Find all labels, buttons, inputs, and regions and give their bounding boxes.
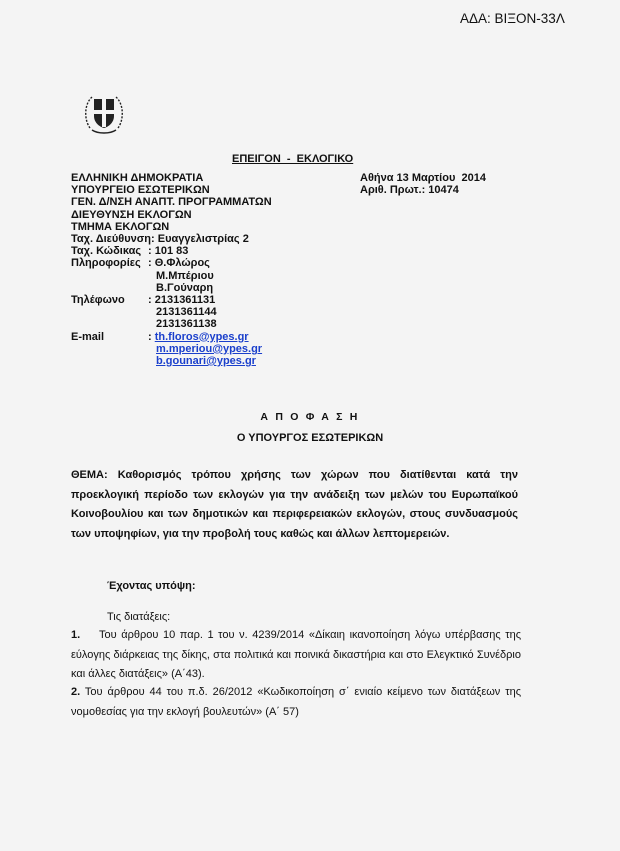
phone-value: : 2131361131 [148,294,215,306]
subject-paragraph: ΘΕΜΑ: Καθορισμός τρόπου χρήσης των χώρων… [71,466,518,544]
address-row: Ταχ. Διεύθυνση: Ευαγγελιστρίας 2 [71,233,272,245]
issuer-line: ΥΠΟΥΡΓΕΙΟ ΕΣΩΤΕΡΙΚΩΝ [71,184,272,196]
email-row-cont: b.gounari@ypes.gr [71,355,272,367]
issuer-line: ΓΕΝ. Δ/ΝΣΗ ΑΝΑΠΤ. ΠΡΟΓΡΑΜΜΑΤΩΝ [71,196,272,208]
email-link-mperiou[interactable]: m.mperiou@ypes.gr [156,343,262,355]
issuer-line: ΔΙΕΥΘΥΝΣΗ ΕΚΛΟΓΩΝ [71,209,272,221]
item-text: Του άρθρου 44 του π.δ. 26/2012 «Κωδικοπο… [71,686,521,718]
email-link-gounari[interactable]: b.gounari@ypes.gr [156,355,256,367]
urgent-electoral-stamp: ΕΠΕΙΓΟΝ - ΕΚΛΟΓΙΚΟ [232,153,353,165]
spacer [71,270,148,282]
phone-row-cont: 2131361144 [71,306,272,318]
item-number: 2. [71,686,80,698]
item-text: Του άρθρου 10 παρ. 1 του ν. 4239/2014 «Δ… [71,629,521,680]
info-value: Β.Γούναρη [148,282,213,294]
issuer-block: ΕΛΛΗΝΙΚΗ ΔΗΜΟΚΡΑΤΙΑ ΥΠΟΥΡΓΕΙΟ ΕΣΩΤΕΡΙΚΩΝ… [71,172,272,367]
date-line: Αθήνα 13 Μαρτίου 2014 [360,172,486,184]
spacer [71,306,148,318]
postcode-value: : 101 83 [148,245,188,257]
email-row: E-mail : th.floros@ypes.gr [71,331,272,343]
postcode-label: Ταχ. Κώδικας [71,245,148,257]
date-protocol-block: Αθήνα 13 Μαρτίου 2014 Αριθ. Πρωτ.: 10474 [360,172,486,196]
info-label: Πληροφορίες [71,257,148,269]
info-row: Πληροφορίες : Θ.Φλώρος [71,257,272,269]
considering-heading: Έχοντας υπόψη: [107,580,196,592]
email-label: E-mail [71,331,148,343]
info-value: Μ.Μπέριου [148,270,214,282]
minister-title: Ο ΥΠΟΥΡΓΟΣ ΕΣΩΤΕΡΙΚΩΝ [0,432,620,444]
provision-item-1: 1.Του άρθρου 10 παρ. 1 του ν. 4239/2014 … [71,626,521,685]
phone-value: 2131361144 [148,306,217,318]
email-link-floros[interactable]: th.floros@ypes.gr [155,331,249,343]
phone-value: 2131361138 [148,318,217,330]
issuer-line: ΤΜΗΜΑ ΕΚΛΟΓΩΝ [71,221,272,233]
greek-coat-of-arms-icon [82,90,126,136]
issuer-line: ΕΛΛΗΝΙΚΗ ΔΗΜΟΚΡΑΤΙΑ [71,172,272,184]
postcode-row: Ταχ. Κώδικας : 101 83 [71,245,272,257]
phone-row-cont: 2131361138 [71,318,272,330]
address-value: Ευαγγελιστρίας 2 [158,233,249,245]
provision-item-2: 2. Του άρθρου 44 του π.δ. 26/2012 «Κωδικ… [71,683,521,722]
info-row-cont: Μ.Μπέριου [71,270,272,282]
email-row-cont: m.mperiou@ypes.gr [71,343,272,355]
decision-title: Α Π Ο Φ Α Σ Η [0,411,620,423]
spacer [71,282,148,294]
ada-code: ΑΔΑ: ΒΙΞΟΝ-33Λ [460,11,565,26]
info-row-cont: Β.Γούναρη [71,282,272,294]
info-value: : Θ.Φλώρος [148,257,210,269]
phone-row: Τηλέφωνο : 2131361131 [71,294,272,306]
spacer [71,355,148,367]
spacer [71,343,148,355]
item-number: 1. [71,626,99,646]
spacer [71,318,148,330]
protocol-number: Αριθ. Πρωτ.: 10474 [360,184,486,196]
address-label: Ταχ. Διεύθυνση: [71,233,155,245]
email-prefix: : [148,331,155,343]
phone-label: Τηλέφωνο [71,294,148,306]
provisions-intro: Τις διατάξεις: [107,611,170,623]
